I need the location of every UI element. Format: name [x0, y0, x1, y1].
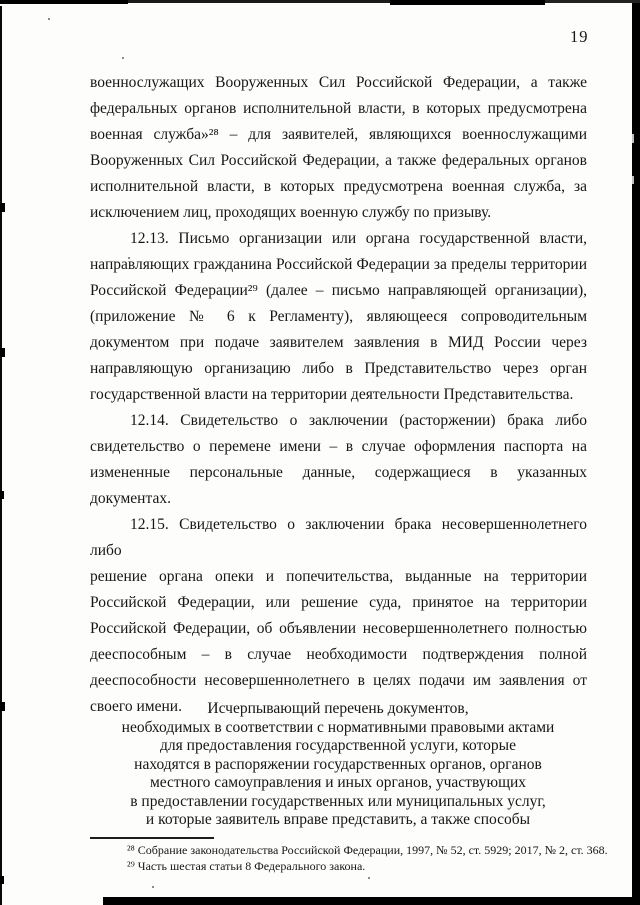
document-body: военнослужащих Вооруженных Сил Российско…	[90, 70, 587, 720]
text-line: и которые заявитель вправе представить, …	[88, 811, 588, 830]
footnotes: ²⁸ Собрание законодательства Российской …	[127, 842, 627, 874]
scan-speck	[152, 886, 154, 888]
section-heading: Исчерпывающий перечень документов,необхо…	[88, 700, 588, 830]
scan-speck	[48, 18, 50, 20]
text-line: дееспособным – в случае необходимости по…	[90, 642, 587, 668]
scan-artifact-right-notch	[632, 134, 634, 143]
text-line: необходимых в соответствии с нормативным…	[88, 719, 588, 738]
text-line: документом при подаче заявителем заявлен…	[90, 330, 587, 356]
scan-artifact-left-tick	[0, 702, 5, 711]
scan-artifact-right-notch	[632, 176, 634, 184]
text-line: военнослужащих Вооруженных Сил Российско…	[90, 70, 587, 96]
scan-artifact-left-tick	[0, 876, 4, 884]
text-line: Российской Федерации²⁹ (далее – письмо н…	[90, 278, 587, 304]
text-line: Вооруженных Сил Российской Федерации, а …	[90, 148, 587, 174]
footnote-rule	[90, 837, 214, 839]
scan-artifact-top	[128, 0, 390, 3]
text-line: 12.15. Свидетельство о заключении брака …	[90, 512, 587, 564]
scan-artifact-bottom	[103, 897, 640, 905]
text-line: измененные персональные данные, содержащ…	[90, 460, 587, 512]
scan-artifact-left-tick	[0, 491, 4, 499]
text-line: решение органа опеки и попечительства, в…	[90, 564, 587, 590]
paragraph-12-15: 12.15. Свидетельство о заключении брака …	[90, 512, 587, 720]
text-line: в предоставлении государственных или мун…	[88, 793, 588, 812]
paragraph-continuation: военнослужащих Вооруженных Сил Российско…	[90, 70, 587, 226]
text-line: направляющую организацию либо в Представ…	[90, 356, 587, 382]
paragraph-12-13: 12.13. Письмо организации или органа гос…	[90, 226, 587, 408]
paragraph-12-14: 12.14. Свидетельство о заключении (расто…	[90, 408, 587, 512]
text-line: находятся в распоряжении государственных…	[88, 756, 588, 775]
text-line: (приложение № 6 к Регламенту), являющеес…	[90, 304, 587, 330]
text-line: свидетельство о перемене имени – в случа…	[90, 434, 587, 460]
text-line: ²⁹ Часть шестая статьи 8 Федерального за…	[127, 858, 627, 874]
text-line: исключением лиц, проходящих военную служ…	[90, 200, 587, 226]
text-line: Исчерпывающий перечень документов,	[88, 700, 588, 719]
text-line: для предоставления государственной услуг…	[88, 737, 588, 756]
text-line: государственной власти на территории дея…	[90, 382, 587, 408]
text-line: федеральных органов исполнительной власт…	[90, 96, 587, 122]
scan-artifact-left-tick	[0, 203, 5, 212]
scan-artifact-top	[390, 0, 545, 5]
scan-artifact-top	[0, 0, 128, 4]
text-line: военная служба»²⁸ – для заявителей, явля…	[90, 122, 587, 148]
text-line: Российской Федерации, или решение суда, …	[90, 590, 587, 616]
page-number: 19	[570, 27, 589, 47]
scan-artifact-top	[545, 0, 640, 3]
text-line: дееспособности несовершеннолетнего в цел…	[90, 668, 587, 694]
scan-artifact-left-tick	[0, 348, 5, 357]
text-line: 12.14. Свидетельство о заключении (расто…	[90, 408, 587, 434]
text-line: ²⁸ Собрание законодательства Российской …	[127, 842, 627, 858]
text-line: исполнительной власти, в которых предусм…	[90, 174, 587, 200]
text-line: местного самоуправления и иных органов, …	[88, 774, 588, 793]
text-line: Российской Федерации, об объявлении несо…	[90, 616, 587, 642]
document-page: 19 военнослужащих Вооруженных Сил Россий…	[0, 0, 640, 905]
text-line: направляющих гражданина Российской Федер…	[90, 252, 587, 278]
scan-artifact-left	[0, 6, 2, 905]
scan-speck	[122, 57, 124, 59]
scan-speck	[368, 877, 370, 879]
text-line: 12.13. Письмо организации или органа гос…	[90, 226, 587, 252]
